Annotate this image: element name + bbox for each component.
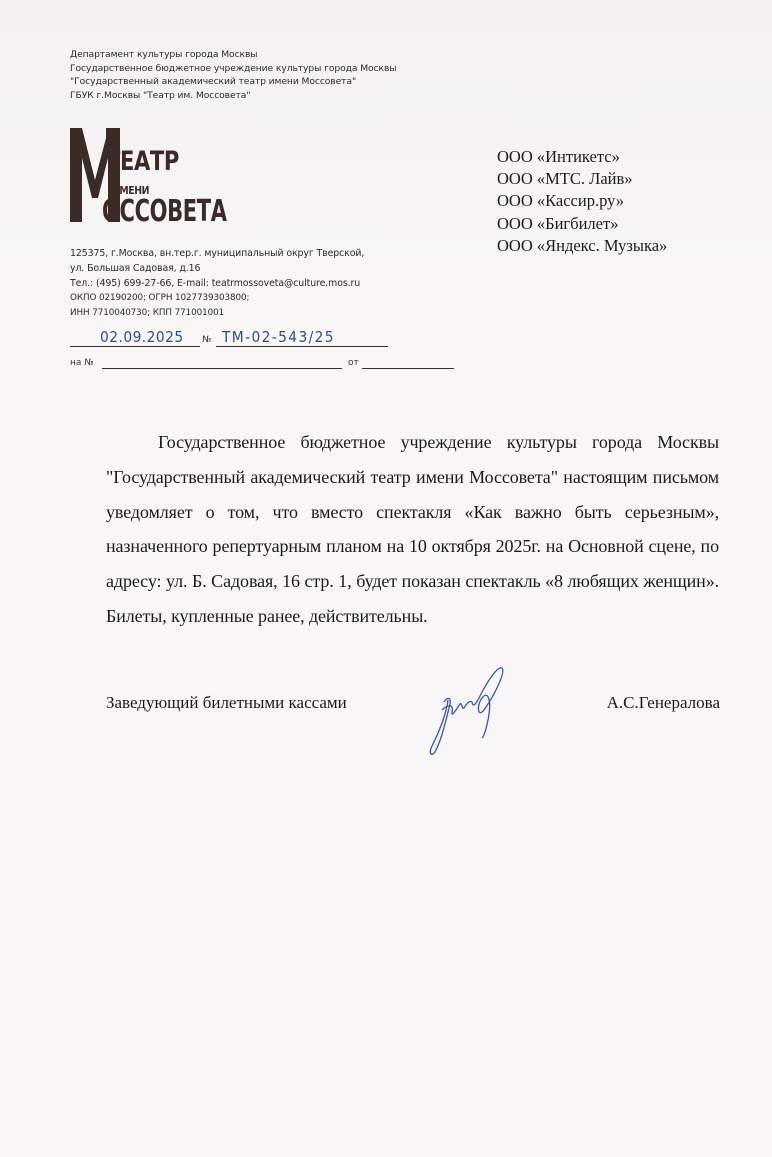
- contact-street: ул. Большая Садовая, д.16: [70, 261, 364, 276]
- contact-inn-kpp: ИНН 7710040730; КПП 771001001: [70, 306, 364, 321]
- logo-word-teatr: ТЕАТР: [106, 146, 179, 177]
- registration-date: 02.09.2025: [100, 328, 184, 346]
- header-line: "Государственный академический театр име…: [70, 75, 396, 89]
- ref-number-label: на №: [70, 358, 94, 368]
- contact-okpo-ogrn: ОКПО 02190200; ОГРН 1027739303800;: [70, 291, 364, 306]
- ref-number-line: [102, 368, 342, 369]
- recipient: ООО «Яндекс. Музыка»: [497, 235, 667, 257]
- registration-row: 02.09.2025 № ТМ-02-543/25: [70, 330, 388, 348]
- recipient: ООО «Кассир.ру»: [497, 190, 667, 212]
- recipient: ООО «Интикетс»: [497, 146, 667, 168]
- recipient: ООО «Бигбилет»: [497, 213, 667, 235]
- letterhead-contacts: 125375, г.Москва, вн.тер.г. муниципальны…: [70, 246, 364, 321]
- reference-row: на № от: [70, 357, 388, 371]
- letter-body: Государственное бюджетное учреждение кул…: [106, 425, 719, 634]
- ref-date-label: от: [348, 358, 359, 368]
- contact-address: 125375, г.Москва, вн.тер.г. муниципальны…: [70, 246, 364, 261]
- header-line: Департамент культуры города Москвы: [70, 48, 396, 62]
- recipient: ООО «МТС. Лайв»: [497, 168, 667, 190]
- signer-position: Заведующий билетными кассами: [106, 693, 347, 713]
- header-line: Государственное бюджетное учреждение кул…: [70, 62, 396, 76]
- signature-row: Заведующий билетными кассами А.С.Генерал…: [106, 693, 720, 723]
- header-line: ГБУК г.Москвы "Театр им. Моссовета": [70, 89, 396, 103]
- theatre-logo: ТЕАТР ИМЕНИ ОССОВЕТА: [68, 128, 218, 224]
- number-sign: №: [202, 335, 211, 345]
- contact-phone-email: Тел.: (495) 699-27-66, E-mail: teatrmoss…: [70, 276, 364, 291]
- handwritten-signature-icon: [418, 660, 518, 760]
- registration-number: ТМ-02-543/25: [222, 328, 335, 346]
- logo-word-mossoveta: ОССОВЕТА: [102, 194, 227, 229]
- ref-date-line: [362, 368, 454, 369]
- letterhead-header: Департамент культуры города Москвы Госуд…: [70, 48, 396, 102]
- letter-page: Департамент культуры города Москвы Госуд…: [0, 0, 772, 1157]
- signer-name: А.С.Генералова: [607, 693, 720, 713]
- recipients-block: ООО «Интикетс» ООО «МТС. Лайв» ООО «Касс…: [497, 146, 667, 257]
